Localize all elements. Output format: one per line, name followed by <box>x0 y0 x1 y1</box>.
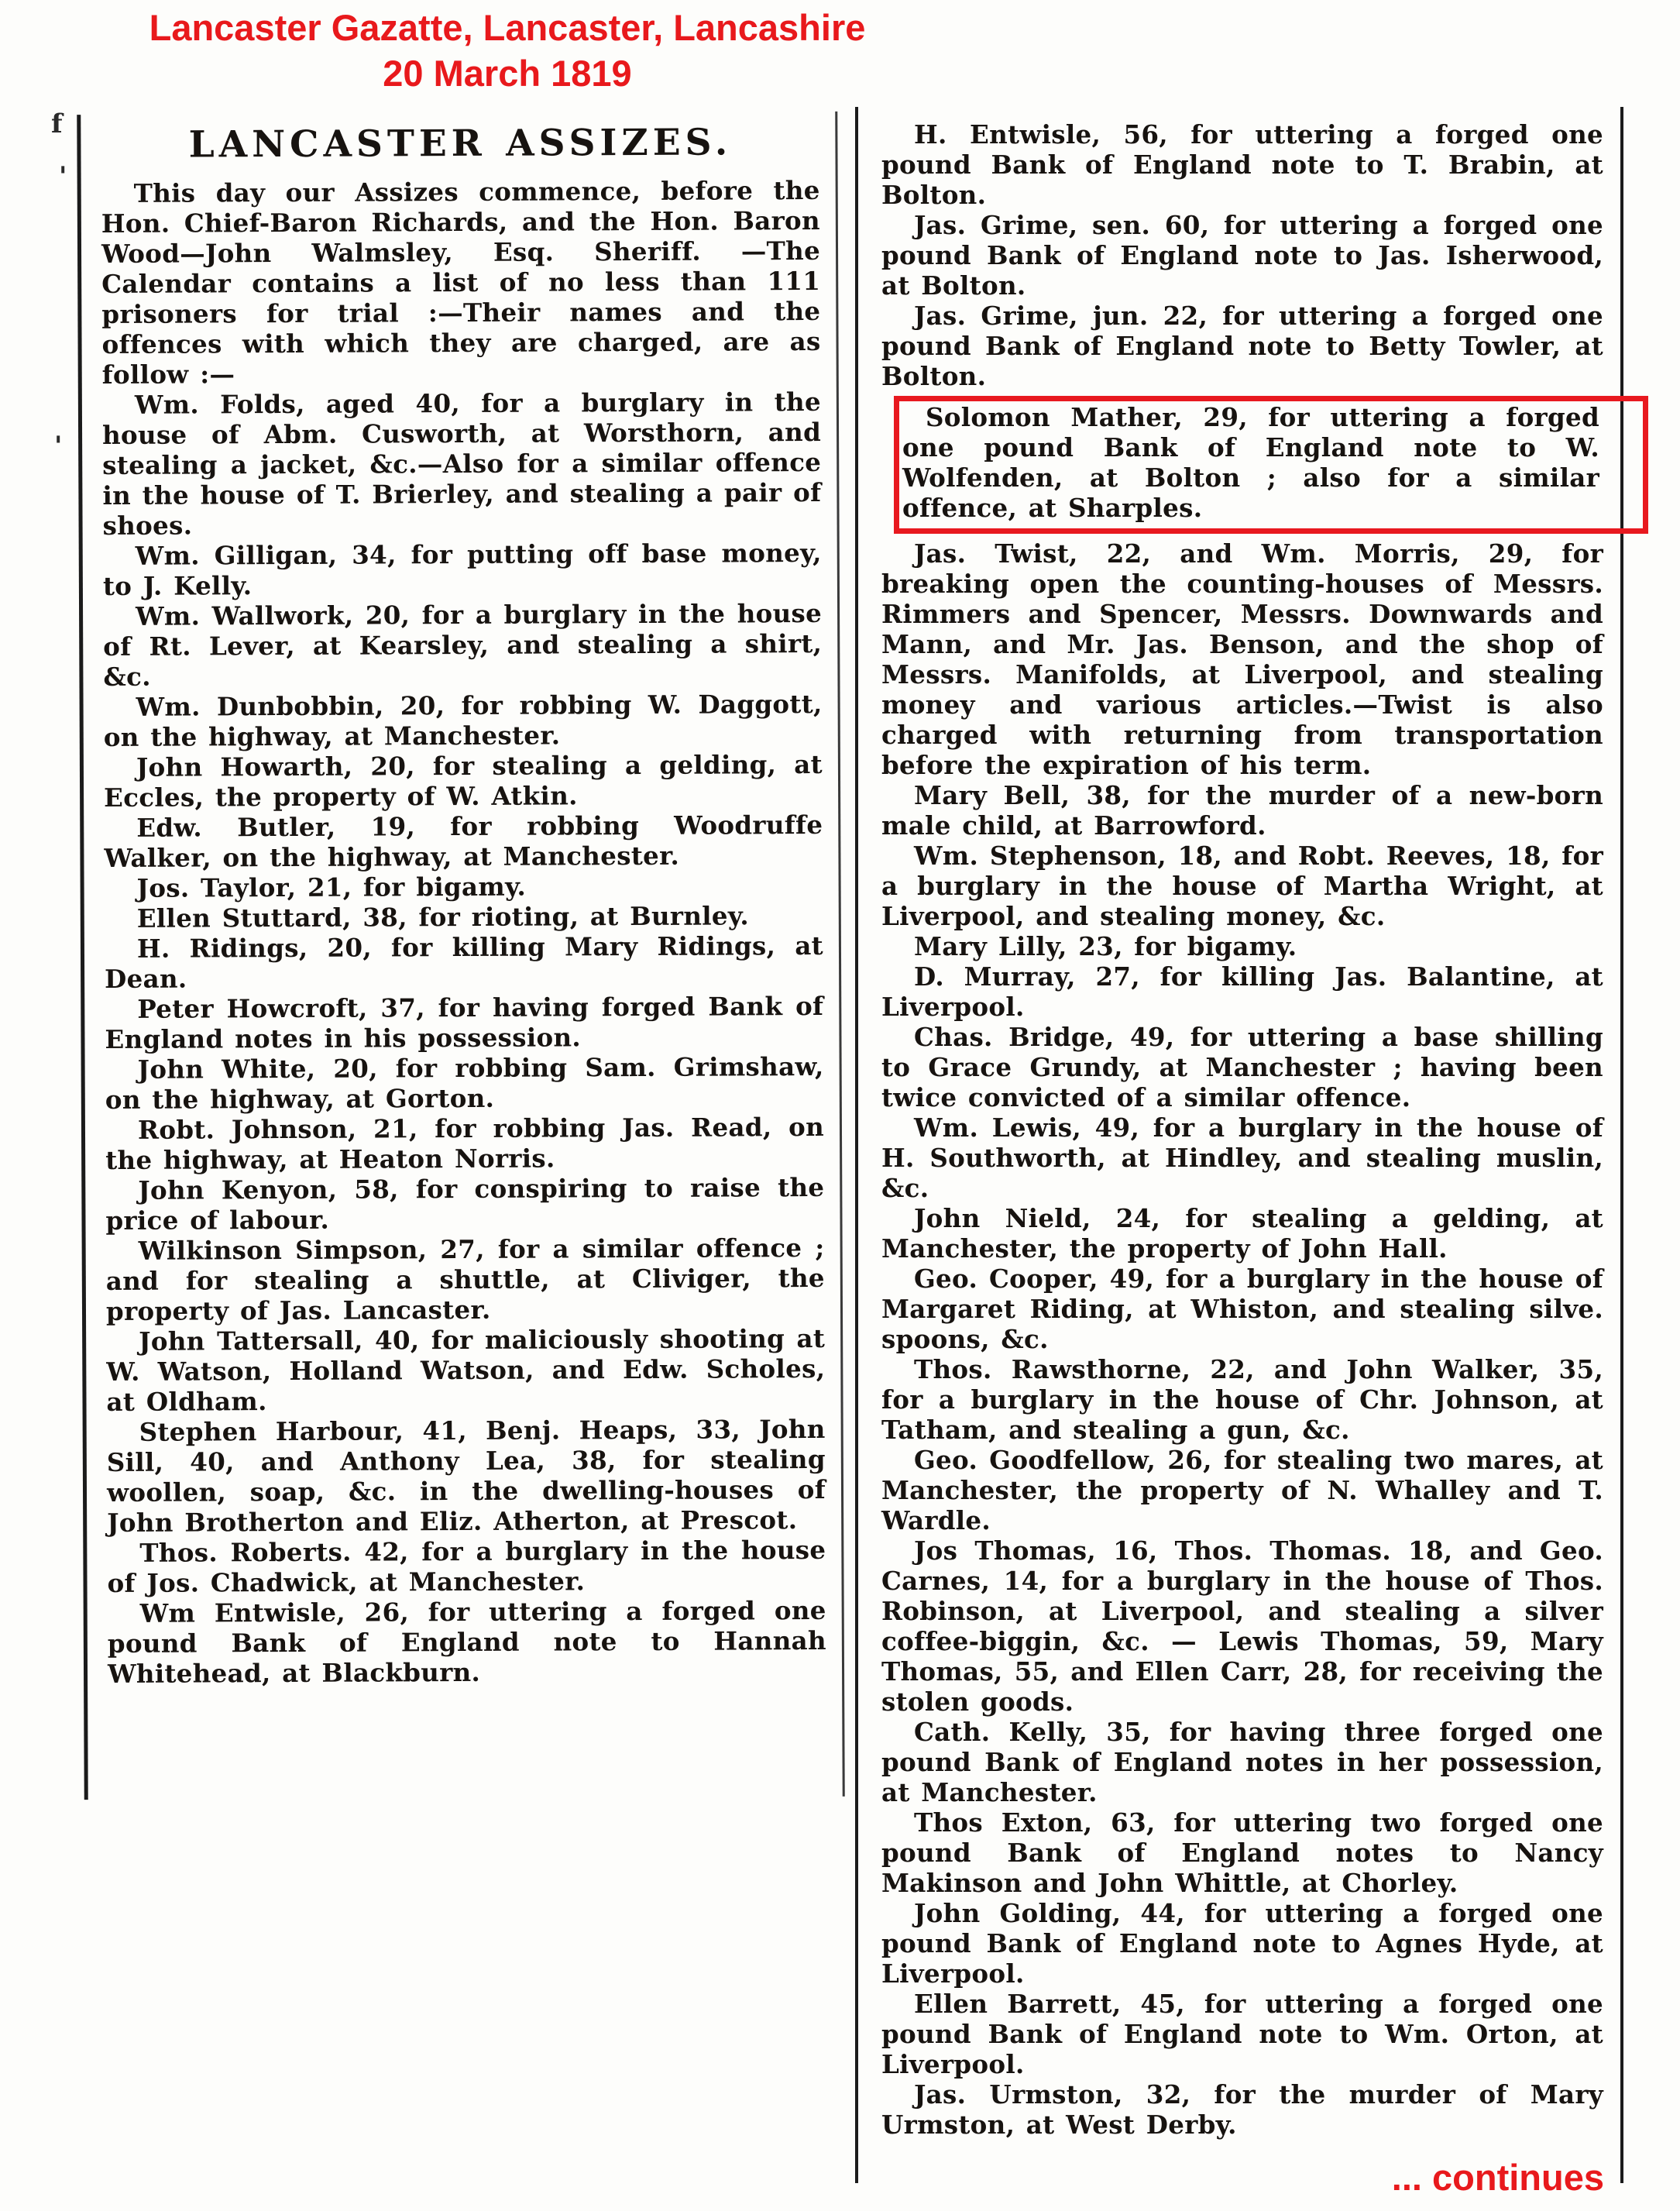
article-paragraph: Wilkinson Simpson, 27, for a similar off… <box>106 1233 826 1326</box>
article-paragraph: John White, 20, for robbing Sam. Grimsha… <box>105 1051 824 1115</box>
article-paragraph: Jas. Grime, jun. 22, for uttering a forg… <box>881 301 1603 391</box>
article-paragraph: Geo. Cooper, 49, for a burglary in the h… <box>881 1264 1603 1354</box>
article-paragraph: Cath. Kelly, 35, for having three forged… <box>881 1717 1603 1807</box>
scan-artifact: f <box>51 108 63 139</box>
article-paragraph: Mary Lilly, 23, for bigamy. <box>881 931 1603 961</box>
header-source-title: Lancaster Gazatte, Lancaster, Lancashire <box>89 5 926 50</box>
article-paragraph: John Howarth, 20, for stealing a gelding… <box>104 749 823 813</box>
left-column: LANCASTER ASSIZES. This day our Assizes … <box>77 112 844 1800</box>
article-paragraph: Thos Exton, 63, for uttering two forged … <box>881 1807 1603 1898</box>
article-paragraph: Mary Bell, 38, for the murder of a new-b… <box>881 780 1603 841</box>
article-paragraph: Peter Howcroft, 37, for having forged Ba… <box>105 991 823 1054</box>
article-paragraph: John Tattersall, 40, for maliciously sho… <box>106 1323 826 1417</box>
continues-note: ... continues <box>1392 2156 1604 2199</box>
article-paragraph: Jas. Twist, 22, and Wm. Morris, 29, for … <box>881 538 1603 780</box>
highlight-box: Solomon Mather, 29, for uttering a forge… <box>894 396 1648 534</box>
article-paragraph: This day our Assizes commence, before th… <box>101 175 821 390</box>
article-paragraph: John Golding, 44, for uttering a forged … <box>881 1898 1603 1989</box>
article-paragraph: Thos. Roberts. 42, for a burglary in the… <box>107 1535 826 1598</box>
left-column-entries: This day our Assizes commence, before th… <box>101 175 826 1689</box>
article-paragraph: Ellen Barrett, 45, for uttering a forged… <box>881 1989 1603 2079</box>
right-column-entries: H. Entwisle, 56, for uttering a forged o… <box>881 119 1603 2140</box>
article-paragraph: Wm. Lewis, 49, for a burglary in the hou… <box>881 1112 1603 1203</box>
article-paragraph: John Nield, 24, for stealing a gelding, … <box>881 1203 1603 1264</box>
article-paragraph: Jos. Taylor, 21, for bigamy. <box>105 870 823 903</box>
article-paragraph: Geo. Goodfellow, 26, for stealing two ma… <box>881 1445 1603 1535</box>
article-paragraph: Ellen Stuttard, 38, for rioting, at Burn… <box>105 900 823 934</box>
scan-artifact: ' <box>54 431 62 462</box>
article-paragraph: Wm. Stephenson, 18, and Robt. Reeves, 18… <box>881 841 1603 931</box>
article-paragraph: Jas. Grime, sen. 60, for uttering a forg… <box>881 210 1603 301</box>
article-paragraph: John Kenyon, 58, for conspiring to raise… <box>105 1172 824 1236</box>
article-headline: LANCASTER ASSIZES. <box>101 122 819 166</box>
article-paragraph: Wm. Gilligan, 34, for putting off base m… <box>103 538 822 601</box>
article-paragraph: H. Entwisle, 56, for uttering a forged o… <box>881 119 1603 210</box>
article-paragraph: Jos Thomas, 16, Thos. Thomas. 18, and Ge… <box>881 1535 1603 1717</box>
article-paragraph: Wm Entwisle, 26, for uttering a forged o… <box>108 1595 827 1689</box>
header-date: 20 March 1819 <box>89 50 926 96</box>
clipping-header: Lancaster Gazatte, Lancaster, Lancashire… <box>89 5 926 96</box>
article-paragraph: Stephen Harbour, 41, Benj. Heaps, 33, Jo… <box>107 1414 826 1538</box>
article-paragraph: Robt. Johnson, 21, for robbing Jas. Read… <box>105 1112 824 1175</box>
article-paragraph: Wm. Dunbobbin, 20, for robbing W. Daggot… <box>104 689 823 752</box>
article-paragraph: Thos. Rawsthorne, 22, and John Walker, 3… <box>881 1354 1603 1445</box>
article-paragraph: H. Ridings, 20, for killing Mary Ridings… <box>105 930 823 994</box>
article-paragraph: D. Murray, 27, for killing Jas. Balantin… <box>881 961 1603 1022</box>
article-paragraph: Wm. Folds, aged 40, for a burglary in th… <box>102 387 822 541</box>
article-paragraph: Chas. Bridge, 49, for uttering a base sh… <box>881 1022 1603 1112</box>
newspaper-clipping-page: Lancaster Gazatte, Lancaster, Lancashire… <box>0 0 1680 2211</box>
right-column: H. Entwisle, 56, for uttering a forged o… <box>855 107 1623 2183</box>
article-paragraph: Solomon Mather, 29, for uttering a forge… <box>902 402 1599 523</box>
article-paragraph: Wm. Wallwork, 20, for a burglary in the … <box>103 598 823 692</box>
scan-artifact: ' <box>59 161 67 192</box>
article-paragraph: Jas. Urmston, 32, for the murder of Mary… <box>881 2079 1603 2140</box>
article-paragraph: Edw. Butler, 19, for robbing Woodruffe W… <box>104 810 823 873</box>
